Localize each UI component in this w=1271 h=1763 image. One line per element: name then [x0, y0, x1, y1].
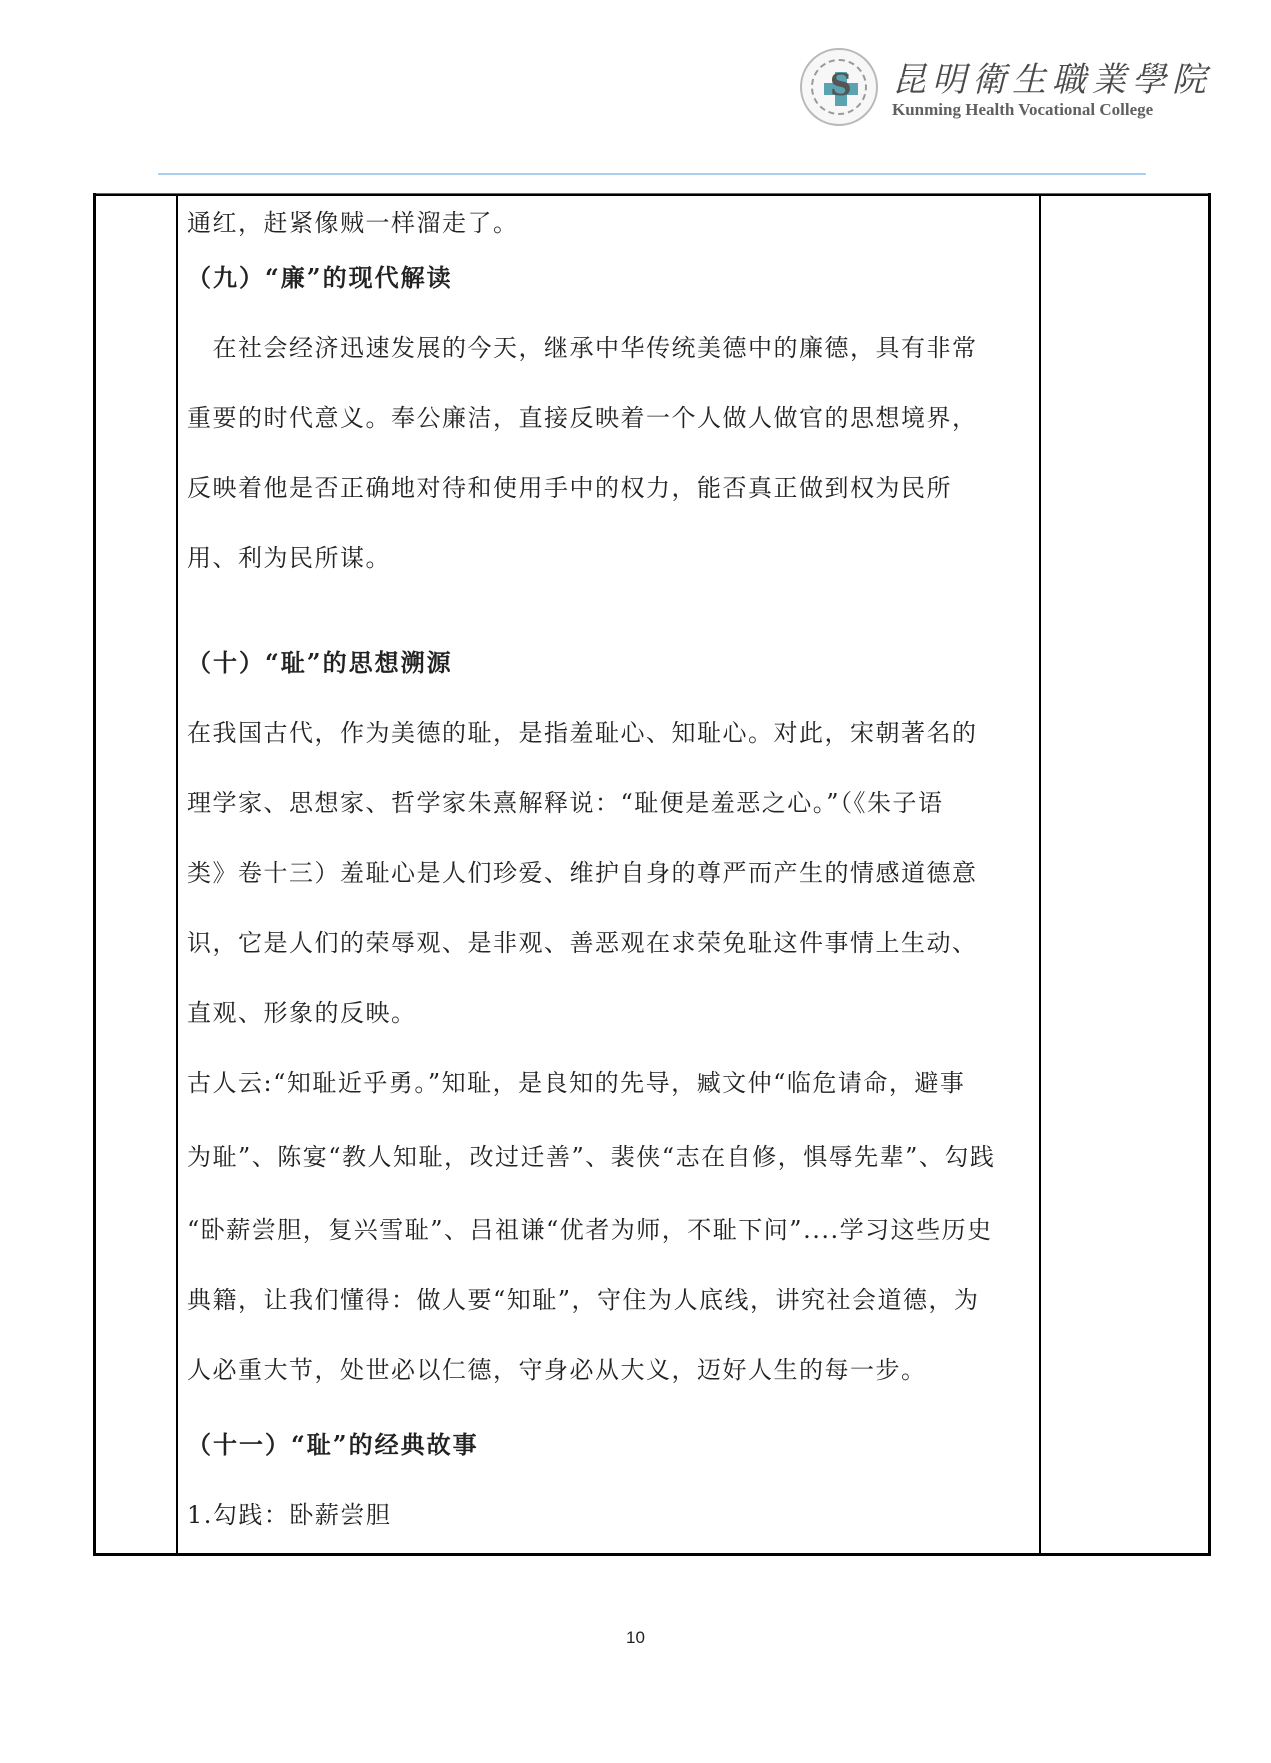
college-name-english: Kunming Health Vocational College: [892, 100, 1153, 120]
college-name-chinese: 昆明衛生職業學院: [892, 52, 1212, 101]
page-number: 10: [0, 1628, 1271, 1648]
section-heading: （十一）“耻”的经典故事: [187, 1430, 479, 1460]
paragraph-line: 古人云:“知耻近乎勇。”知耻，是良知的先导，臧文仲“临危请命，避事: [187, 1068, 965, 1098]
paragraph-line: 典籍，让我们懂得：做人要“知耻”，守住为人底线，讲究社会道德，为: [187, 1285, 980, 1315]
college-logo: S 昆明衛生職業學院 Kunming Health Vocational Col…: [800, 48, 1200, 128]
section-heading: （九）“廉”的现代解读: [187, 263, 453, 293]
paragraph-line: 重要的时代意义。奉公廉洁，直接反映着一个人做人做官的思想境界，: [187, 403, 978, 433]
paragraph-line: 类》卷十三）羞耻心是人们珍爱、维护自身的尊严而产生的情感道德意: [187, 858, 978, 888]
paragraph-line: 理学家、思想家、哲学家朱熹解释说：“耻便是羞恶之心。”（《朱子语: [187, 788, 944, 818]
table-column-divider-right: [1039, 196, 1041, 1553]
college-seal-icon: S: [800, 48, 878, 126]
paragraph-line: 在社会经济迅速发展的今天，继承中华传统美德中的廉德，具有非常: [187, 333, 978, 363]
paragraph-line: 直观、形象的反映。: [187, 998, 417, 1028]
paragraph-line: 用、利为民所谋。: [187, 543, 391, 573]
section-heading: （十）“耻”的思想溯源: [187, 648, 453, 678]
paragraph-line: “卧薪尝胆，复兴雪耻”、吕祖谦“优者为师，不耻下问”....学习这些历史: [187, 1215, 993, 1245]
paragraph-line: 反映着他是否正确地对待和使用手中的权力，能否真正做到权为民所: [187, 473, 952, 503]
paragraph-line: 1.勾践：卧薪尝胆: [187, 1500, 391, 1530]
table-column-divider-left: [176, 196, 178, 1553]
seal-letter: S: [830, 68, 852, 103]
paragraph-line: 识，它是人们的荣辱观、是非观、善恶观在求荣免耻这件事情上生动、: [187, 928, 978, 958]
paragraph-line: 为耻”、陈宴“教人知耻，改过迁善”、裴侠“志在自修，惧辱先辈”、勾践: [187, 1142, 995, 1172]
paragraph-line: 在我国古代，作为美德的耻，是指羞耻心、知耻心。对此，宋朝著名的: [187, 718, 978, 748]
paragraph-line: 人必重大节，处世必以仁德，守身必从大义，迈好人生的每一步。: [187, 1355, 927, 1385]
header-divider: [158, 173, 1146, 175]
paragraph-line: 通红，赶紧像贼一样溜走了。: [187, 208, 519, 238]
